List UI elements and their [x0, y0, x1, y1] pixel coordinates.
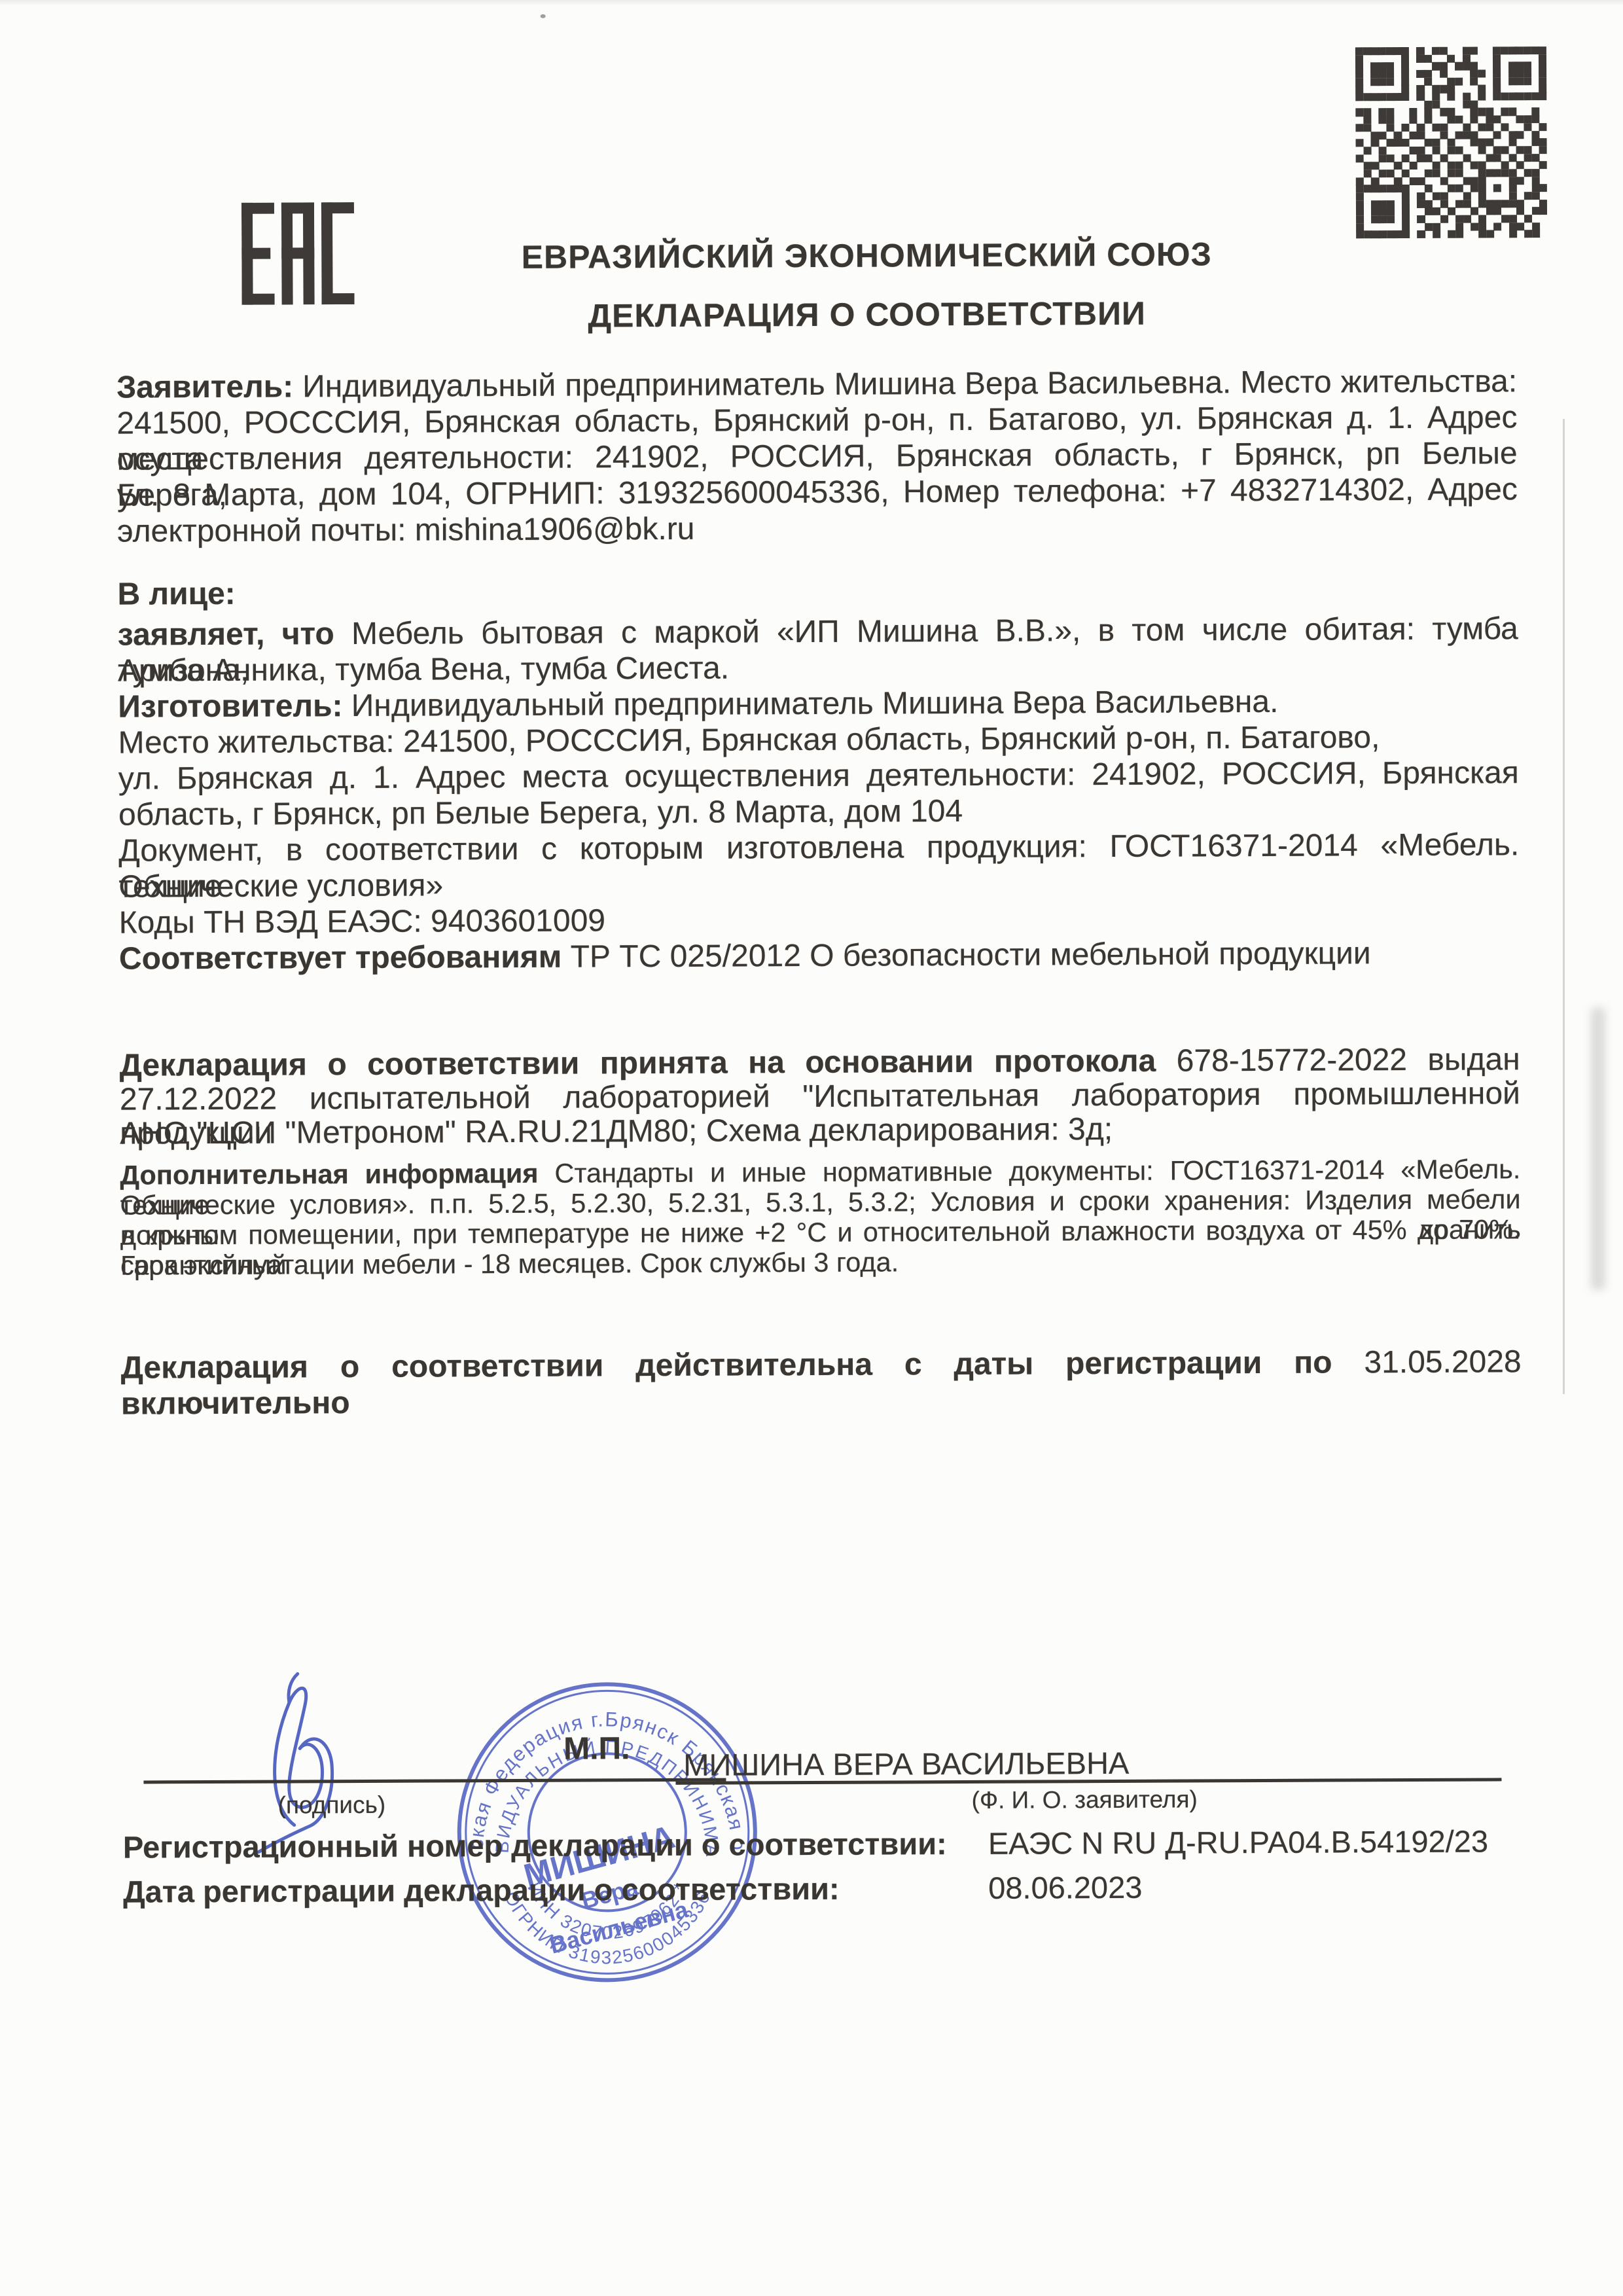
text-line: электронной почты: mishina1906@bk.ru [117, 507, 1518, 549]
additional-info-paragraph: Дополнительная информация Стандарты и ин… [120, 1154, 1521, 1280]
text-line: Декларация о соответствии действительна … [121, 1344, 1522, 1386]
signature-caption: (подпись) [278, 1791, 386, 1820]
fio-caption: (Ф. И. О. заявителя) [971, 1785, 1197, 1814]
text-line: срок эксплуатации мебели - 18 месяцев. С… [120, 1244, 1521, 1280]
manufacturer-paragraph: Изготовитель: Индивидуальный предпринима… [118, 683, 1520, 977]
declares-paragraph: заявляет, что Мебель бытовая с маркой «И… [118, 611, 1518, 689]
stamp-place-label: М.П. [563, 1731, 630, 1767]
text-line: Заявитель: Индивидуальный предпринимател… [116, 363, 1517, 405]
union-title: ЕВРАЗИЙСКИЙ ЭКОНОМИЧЕСКИЙ СОЮЗ [114, 234, 1619, 278]
registration-date-label: Дата регистрации декларации о соответств… [123, 1871, 840, 1910]
text-line: Соответствует требованиям ТР ТС 025/2012… [119, 935, 1520, 977]
protocol-paragraph: Декларация о соответствии принята на осн… [120, 1043, 1521, 1151]
text-line: заявляет, что Мебель бытовая с маркой «И… [118, 611, 1518, 653]
scan-artifact-line [1563, 419, 1565, 1394]
text-line: 27.12.2022 испытательной лабораторией "И… [120, 1077, 1520, 1117]
text-line: АНО "ЦСИ "Метроном" RA.RU.21ДМ80; Схема … [120, 1111, 1520, 1151]
text-line: 241500, РОСССИЯ, Брянская область, Брянс… [116, 399, 1517, 441]
text-line: Изготовитель: Индивидуальный предпринима… [118, 683, 1518, 725]
applicant-paragraph: Заявитель: Индивидуальный предпринимател… [116, 363, 1518, 549]
text-line: тумба Анника, тумба Вена, тумба Сиеста. [118, 647, 1518, 689]
text-line: область, г Брянск, рп Белые Берега, ул. … [118, 791, 1519, 833]
registration-number-label: Регистрационный номер декларации о соотв… [123, 1825, 947, 1865]
text-line: В лице: [117, 570, 1518, 612]
registration-number-value: ЕАЭС N RU Д-RU.РА04.В.54192/23 [988, 1823, 1488, 1861]
text-line: Документ, в соответствии с которым изгот… [118, 827, 1519, 869]
text-line: в крытом помещении, при температуре не н… [120, 1214, 1521, 1250]
text-line: ул. 8 Марта, дом 104, ОГРНИП: 3193256000… [117, 471, 1518, 513]
applicant-fio: МИШИНА ВЕРА ВАСИЛЬЕВНА [683, 1745, 1129, 1783]
registration-date-value: 08.06.2023 [988, 1869, 1142, 1906]
text-line: технические условия» [118, 863, 1519, 905]
text-line: Коды ТН ВЭД ЕАЭС: 9403601009 [119, 899, 1520, 941]
document-title: ДЕКЛАРАЦИЯ О СООТВЕТСТВИИ [115, 293, 1620, 337]
scan-artifact-smudge [1592, 1008, 1605, 1289]
text-line: осуществления деятельности: 241902, РОСС… [117, 435, 1518, 477]
text-line: Место жительства: 241500, РОСССИЯ, Брянс… [118, 719, 1518, 761]
handwritten-signature [232, 1664, 402, 1855]
scan-speck [541, 14, 546, 18]
text-line: ул. Брянская д. 1. Адрес места осуществл… [118, 755, 1519, 797]
in-person-heading: В лице: [117, 570, 1518, 612]
declaration-document-page: ЕВРАЗИЙСКИЙ ЭКОНОМИЧЕСКИЙ СОЮЗ ДЕКЛАРАЦИ… [0, 0, 1623, 2296]
validity-paragraph: Декларация о соответствии действительна … [121, 1344, 1522, 1422]
qr-code [1355, 46, 1547, 238]
text-line: включительно [121, 1380, 1522, 1422]
